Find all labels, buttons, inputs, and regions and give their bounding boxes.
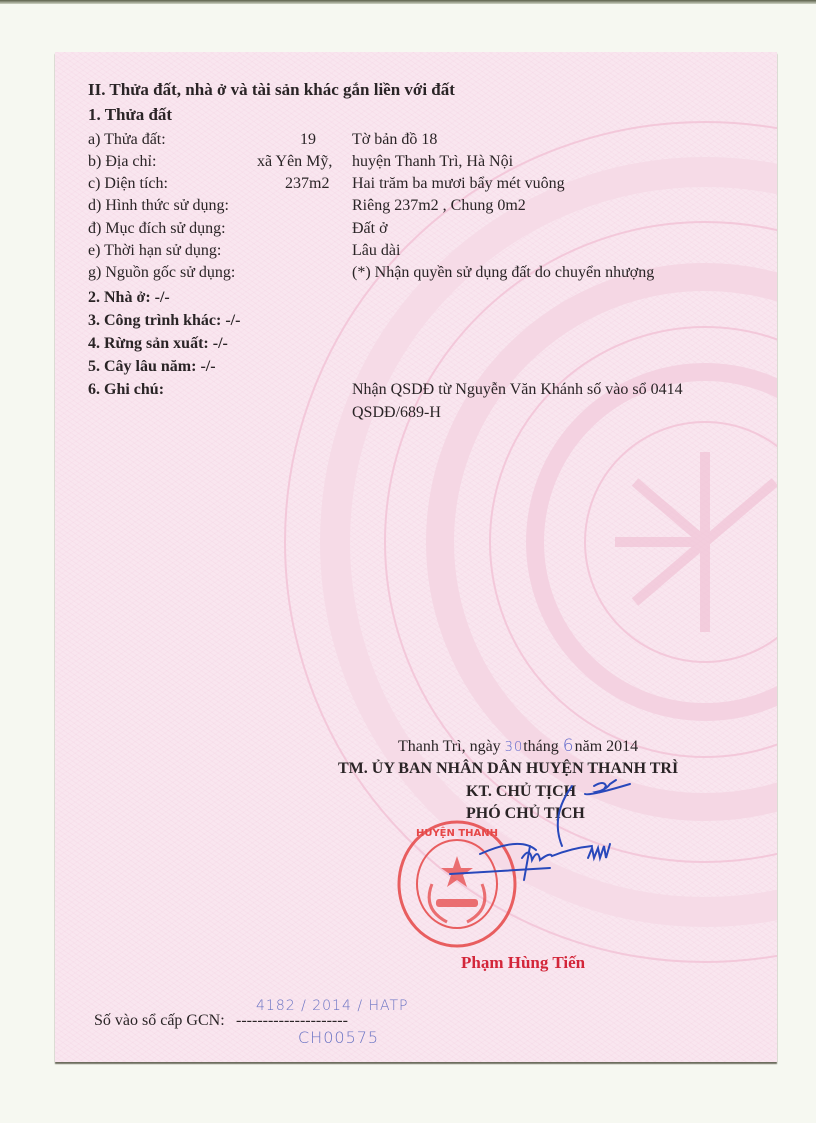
row-label: d) Hình thức sử dụng: (88, 196, 229, 216)
row-value: 237m2 (285, 174, 329, 194)
row-detail: (*) Nhận quyền sử dụng đất do chuyển như… (352, 263, 654, 283)
item-notes-label: 6. Ghi chú: (88, 380, 164, 400)
item-other-works: 3. Công trình khác: -/- (88, 311, 240, 331)
registry-number-handwritten: 4182 / 2014 / HATP (256, 996, 409, 1016)
note-line: QSDĐ/689-H (352, 403, 441, 423)
row-detail: Đất ở (352, 219, 388, 239)
row-label: g) Nguồn gốc sử dụng: (88, 263, 235, 283)
row-label: a) Thửa đất: (88, 130, 166, 150)
signer-name: Phạm Hùng Tiến (461, 953, 585, 973)
row-detail: Tờ bản đồ 18 (352, 130, 437, 150)
row-value: 19 (300, 130, 316, 150)
month-label: tháng (523, 738, 563, 755)
row-label: đ) Mục đích sử dụng: (88, 219, 226, 239)
year-label: năm 2014 (575, 738, 639, 755)
subsection-title: 1. Thửa đất (88, 105, 172, 125)
place-date-prefix: Thanh Trì, ngày (398, 738, 505, 755)
month-handwritten: 6 (563, 736, 575, 756)
row-label: e) Thời hạn sử dụng: (88, 241, 221, 261)
row-detail: Lâu dài (352, 241, 400, 261)
row-detail: Riêng 237m2 , Chung 0m2 (352, 196, 526, 216)
place-date: Thanh Trì, ngày 30tháng 6năm 2014 (398, 736, 638, 758)
item-house: 2. Nhà ở: -/- (88, 288, 170, 308)
row-value: xã Yên Mỹ, (257, 152, 332, 172)
row-label: b) Địa chỉ: (88, 152, 156, 172)
row-detail: huyện Thanh Trì, Hà Nội (352, 152, 513, 172)
scan-edge (0, 0, 816, 4)
item-perennial-trees: 5. Cây lâu năm: -/- (88, 357, 216, 377)
row-label: c) Diện tích: (88, 174, 168, 194)
registry-label: Số vào sổ cấp GCN: (94, 1011, 225, 1031)
item-production-forest: 4. Rừng sản xuất: -/- (88, 334, 228, 354)
day-handwritten: 30 (505, 740, 524, 755)
registry-code-handwritten: CH00575 (298, 1028, 379, 1048)
section-title: II. Thửa đất, nhà ở và tài sản khác gắn … (88, 80, 455, 100)
note-line: Nhận QSDĐ từ Nguyễn Văn Khánh số vào sổ … (352, 380, 683, 400)
row-detail: Hai trăm ba mươi bẩy mét vuông (352, 174, 565, 194)
handwritten-signature-icon (440, 776, 670, 886)
